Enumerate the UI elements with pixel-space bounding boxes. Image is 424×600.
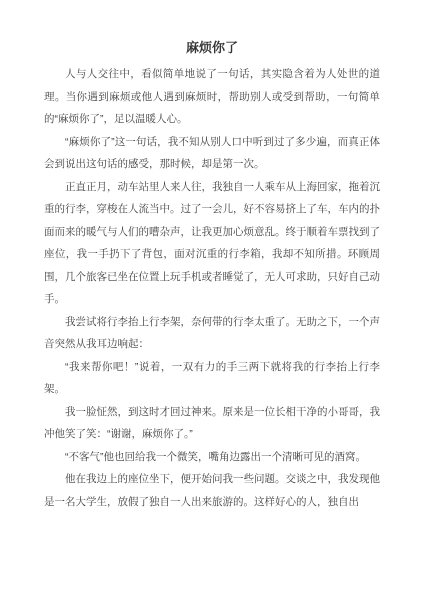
paragraph-conversation: 他在我边上的座位坐下，便开始问我一些问题。交谈之中，我发现他是一名大学生，放假了… [44,468,380,513]
paragraph-luggage-struggle: 我尝试将行李抬上行李架，奈何带的行李太重了。无助之下，一个声音突然从我耳边响起： [44,311,380,356]
paragraph-welcome-smile: “不客气”他也回给我一个微笑，嘴角边露出一个清晰可见的酒窝。 [44,446,380,469]
paragraph-offer-help: “我来帮你吧！”说着，一双有力的手三两下就将我的行李抬上行李架。 [44,356,380,401]
document-page: 麻烦你了 人与人交往中，看似简单地说了一句话，其实隐含着为人处世的道理。当你遇到… [0,0,424,600]
paragraph-thanks: 我一脸怔然，到这时才回过神来。原来是一位长相干净的小哥哥，我冲他笑了笑：“谢谢，… [44,401,380,446]
paragraph-intro: 人与人交往中，看似简单地说了一句话，其实隐含着为人处世的道理。当你遇到麻烦或他人… [44,63,380,131]
paragraph-train-station: 正直正月，动车站里人来人往，我独自一人乘车从上海回家，拖着沉重的行李，穿梭在人流… [44,176,380,311]
document-title: 麻烦你了 [44,39,380,57]
paragraph-first-time: “麻烦你了”这一句话，我不知从别人口中听到过了多少遍，而真正体会到说出这句话的感… [44,131,380,176]
